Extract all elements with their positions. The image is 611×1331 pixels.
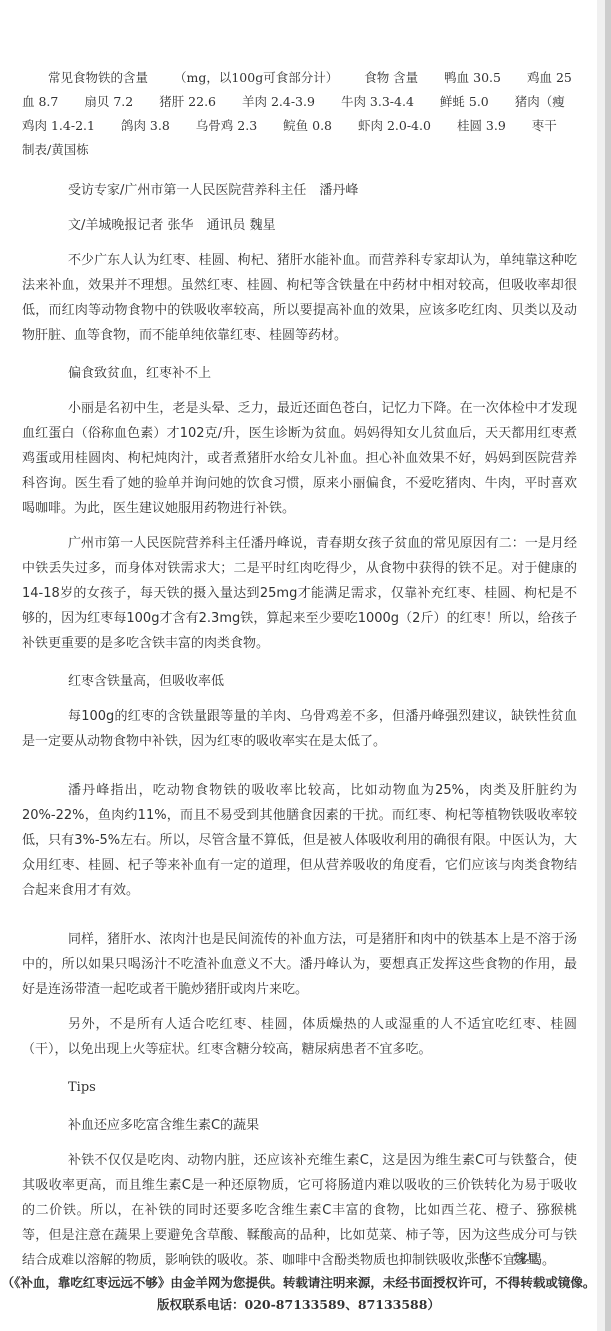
paragraph: 另外，不是所有人适合吃红枣、桂圆，体质燥热的人或湿重的人不适宜吃红枣、桂圆（干）… — [22, 1012, 577, 1062]
table-cell: 鸡血 25 — [527, 70, 572, 85]
article-body: 常见食物铁的含量 （mg，以100g可食部分计） 食物 含量 鸭血 30.5 鸡… — [22, 66, 577, 1273]
paragraph: 每100g的红枣的含铁量跟等量的羊肉、乌骨鸡差不多，但潘丹峰强烈建议，缺铁性贫血… — [22, 704, 577, 754]
table-column-header: 食物 含量 — [364, 70, 418, 85]
table-cell: 桂圆 3.9 — [457, 118, 506, 133]
table-cell: 枣干 — [532, 118, 557, 133]
article-page: 常见食物铁的含量 （mg，以100g可食部分计） 食物 含量 鸭血 30.5 鸡… — [0, 0, 597, 1331]
table-line: 血 8.7 扇贝 7.2 猪肝 22.6 羊肉 2.4-3.9 牛肉 3.3-4… — [22, 90, 597, 114]
table-cell: 鸽肉 3.8 — [121, 118, 170, 133]
expert-line: 受访专家/广州市第一人民医院营养科主任 潘丹峰 — [22, 178, 577, 203]
table-cell: 虾肉 2.0-4.0 — [358, 118, 431, 133]
table-credit: 制表/黄国栋 — [22, 138, 597, 162]
table-line-header: 常见食物铁的含量 （mg，以100g可食部分计） 食物 含量 鸭血 30.5 鸡… — [22, 66, 597, 90]
table-cell: 牛肉 3.3-4.4 — [341, 94, 414, 109]
iron-content-table: 常见食物铁的含量 （mg，以100g可食部分计） 食物 含量 鸭血 30.5 鸡… — [22, 66, 597, 162]
table-cell: 猪肉（瘦 — [515, 94, 565, 109]
table-cell: 鸡肉 1.4-2.1 — [22, 118, 95, 133]
table-cell: 乌骨鸡 2.3 — [196, 118, 257, 133]
byline: 张华 、 魏星 — [466, 1248, 539, 1267]
author-line: 文/羊城晚报记者 张华 通讯员 魏星 — [22, 213, 577, 238]
table-cell: 猪肝 22.6 — [159, 94, 216, 109]
table-cell: 鲜蚝 5.0 — [440, 94, 489, 109]
tips-label: Tips — [22, 1075, 577, 1100]
paragraph: 潘丹峰指出，吃动物食物铁的吸收率比较高，比如动物血为25%，肉类及肝脏约为20%… — [22, 778, 577, 903]
table-line: 鸡肉 1.4-2.1 鸽肉 3.8 乌骨鸡 2.3 鲩鱼 0.8 虾肉 2.0-… — [22, 114, 597, 138]
table-unit: （mg，以100g可食部分计） — [174, 70, 338, 85]
table-cell: 血 8.7 — [22, 94, 58, 109]
paragraph: 同样，猪肝水、浓肉汁也是民间流传的补血方法，可是猪肝和肉中的铁基本上是不溶于汤中… — [22, 927, 577, 1002]
section-heading: 偏食致贫血，红枣补不上 — [22, 361, 577, 386]
paragraph: 不少广东人认为红枣、桂圆、枸杞、猪肝水能补血。而营养科专家却认为，单纯靠这种吃法… — [22, 248, 577, 348]
section-heading: 红枣含铁量高，但吸收率低 — [22, 669, 577, 694]
paragraph: 小丽是名初中生，老是头晕、乏力，最近还面色苍白，记忆力下降。在一次体检中才发现血… — [22, 396, 577, 521]
scrollbar-thumb[interactable] — [605, 0, 611, 1331]
tips-heading: 补血还应多吃富含维生素C的蔬果 — [22, 1113, 577, 1138]
table-cell: 鲩鱼 0.8 — [283, 118, 332, 133]
table-cell: 羊肉 2.4-3.9 — [242, 94, 315, 109]
vertical-scrollbar[interactable] — [597, 0, 611, 1331]
table-title: 常见食物铁的含量 — [48, 70, 148, 85]
table-cell: 鸭血 30.5 — [444, 70, 501, 85]
copyright-footer: （《补血，靠吃红枣远远不够》由金羊网为您提供。转载请注明来源，未经书面授权许可，… — [0, 1272, 597, 1316]
table-cell: 扇贝 7.2 — [84, 94, 133, 109]
paragraph: 广州市第一人民医院营养科主任潘丹峰说，青春期女孩子贫血的常见原因有二：一是月经中… — [22, 531, 577, 656]
